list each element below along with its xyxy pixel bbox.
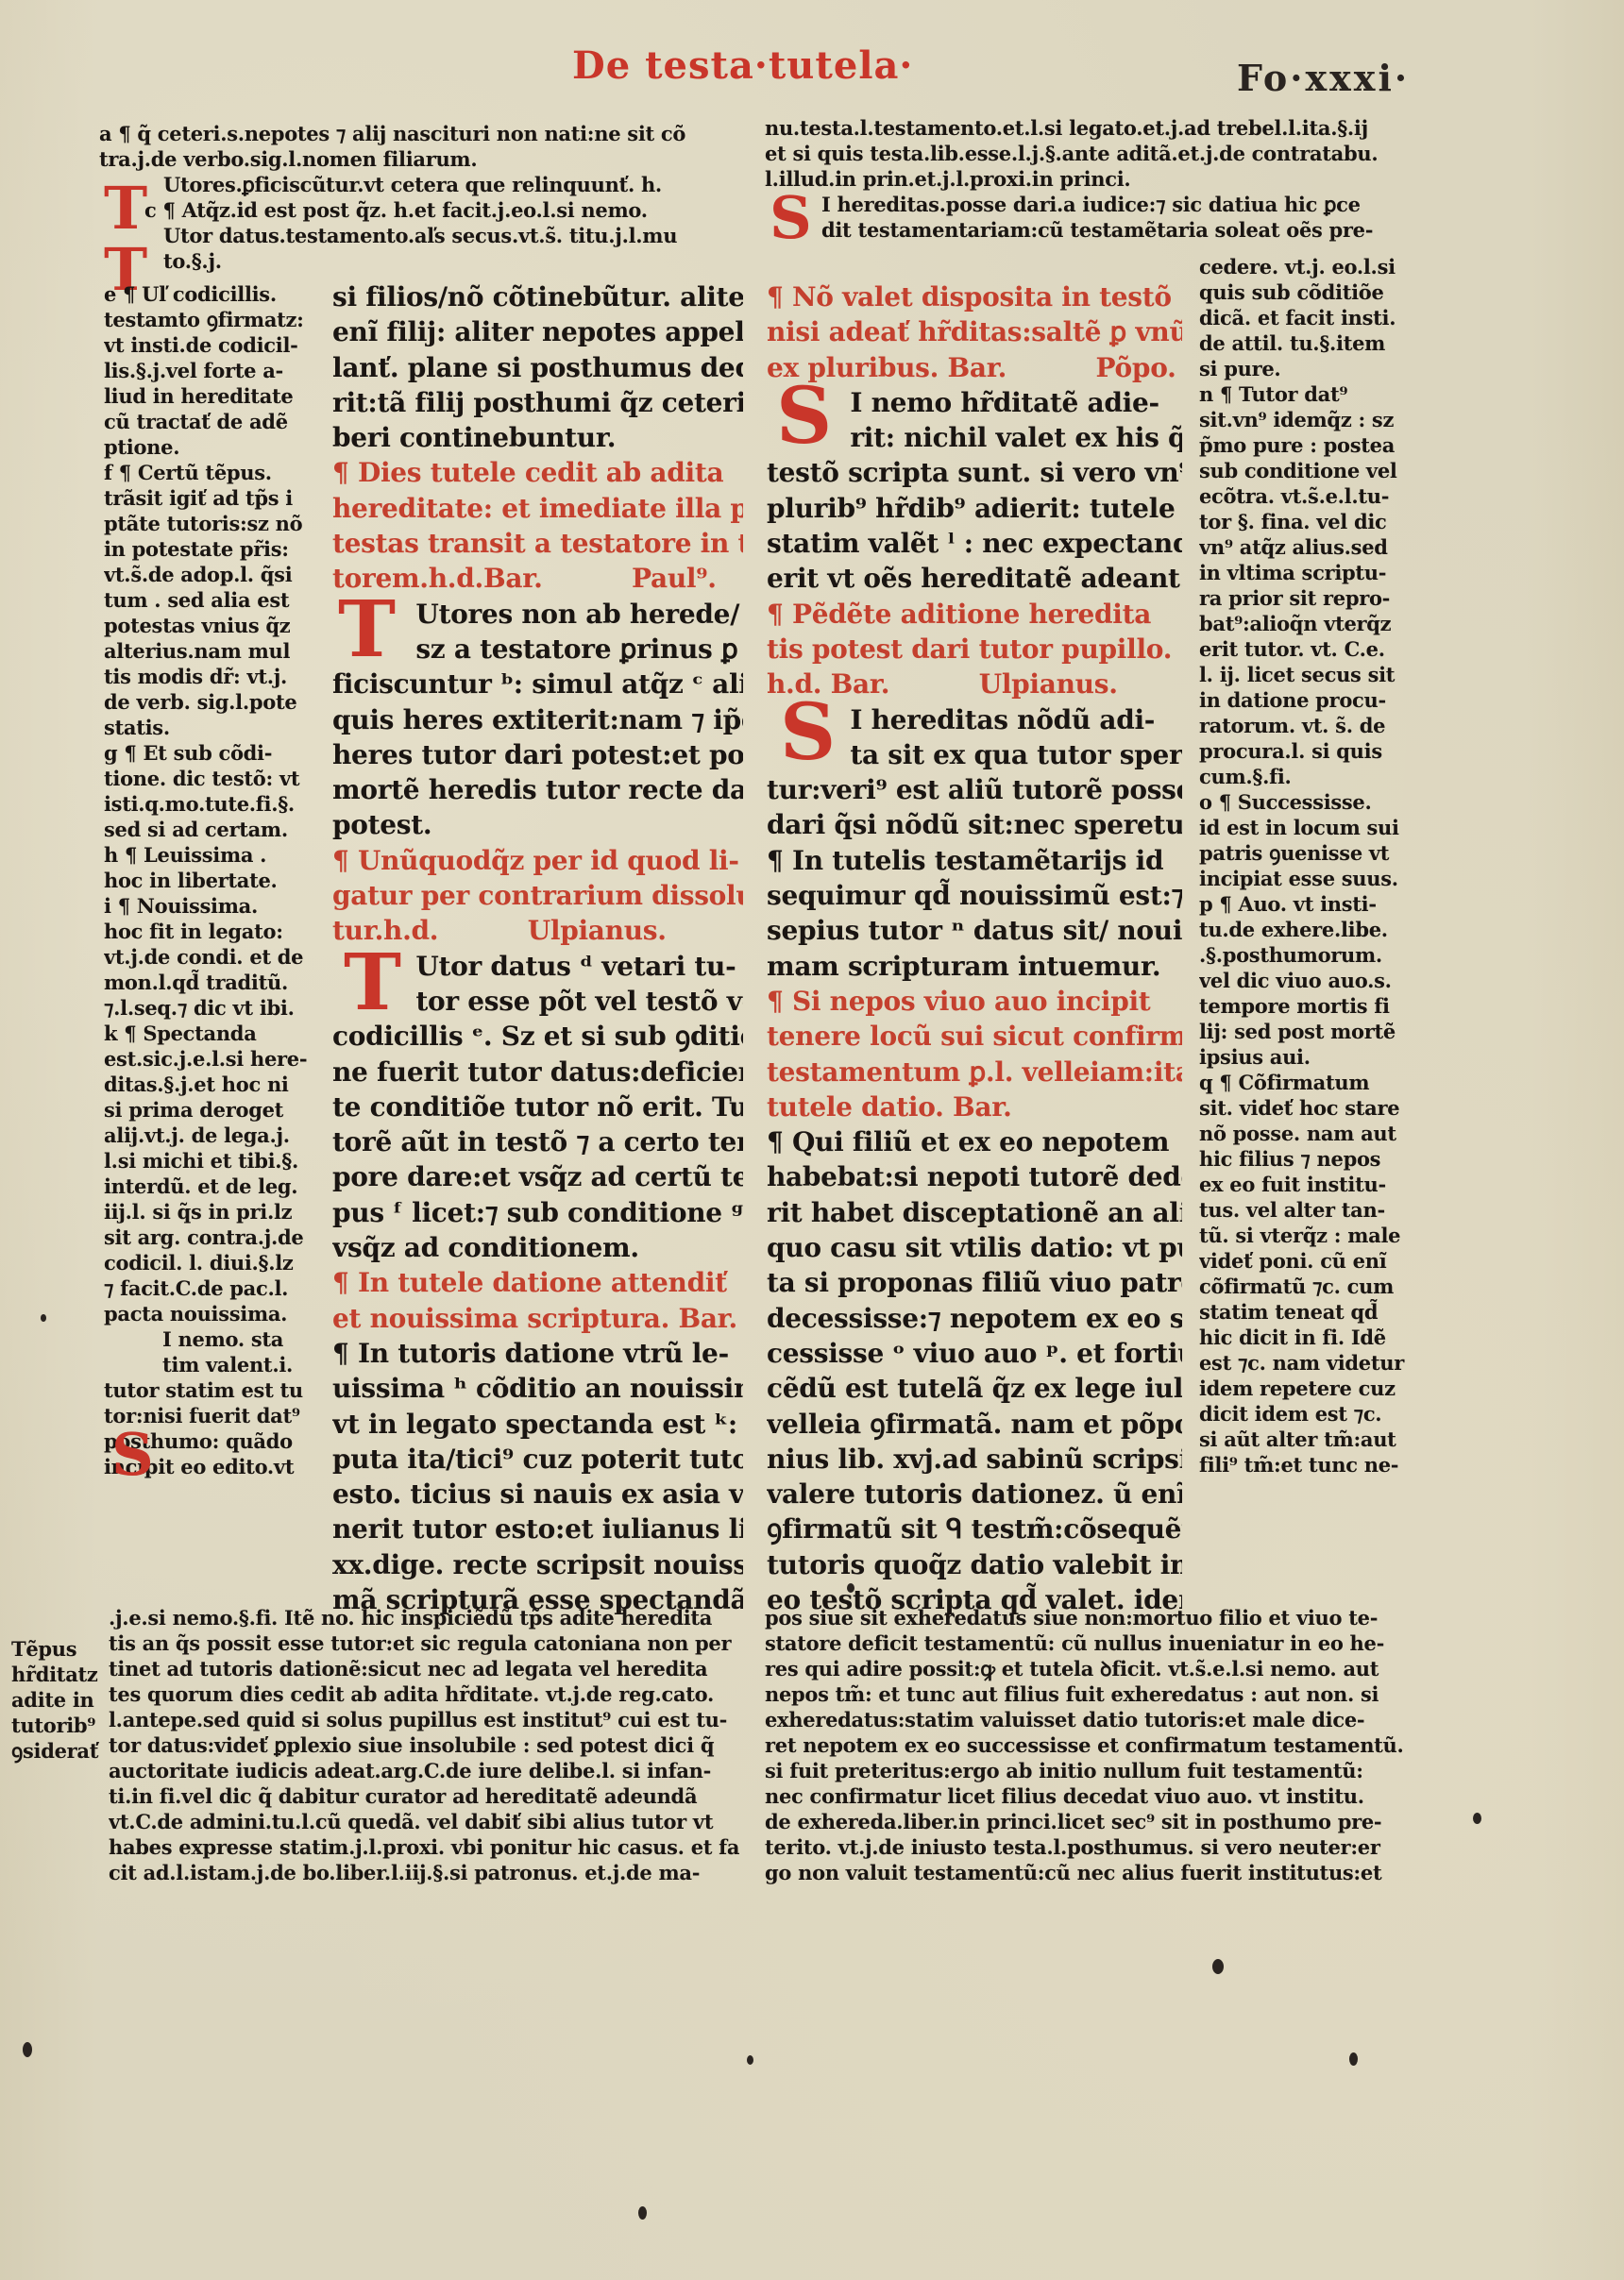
rubric-line: nisi adeať hr̃ditas:saltẽ ꝑ vnũ bbox=[767, 314, 1182, 349]
gloss-line: nõ posse. nam aut bbox=[1199, 1121, 1430, 1146]
gloss-line: ⁊.l.seq.⁊ dic vt ibi. bbox=[104, 995, 316, 1021]
decorated-initial-t: T bbox=[344, 944, 401, 1022]
gloss-line: hoc fit in legato: bbox=[104, 919, 316, 944]
rubric-line: testamentum ꝑ.l. velleiam:ita bbox=[767, 1055, 1182, 1089]
gloss-line: est ⁊c. nam videtur bbox=[1199, 1350, 1430, 1376]
gloss-line: patris ꝯuenisse vt bbox=[1199, 840, 1430, 866]
gloss-line: si aũt alter tm̃:aut bbox=[1199, 1427, 1430, 1452]
gloss-line: tutor statim est tu bbox=[104, 1377, 316, 1403]
text-line: puta ita/tici⁹ cuz poterit tutor bbox=[332, 1442, 743, 1477]
gloss-line: f ¶ Certũ tẽpus. bbox=[104, 460, 316, 485]
text-line: lanť. plane si posthumus dede bbox=[332, 350, 743, 385]
gloss-line: sit.vn⁹ idemq̃z : sz bbox=[1199, 407, 1430, 432]
gloss-line: vt insti.de codicil- bbox=[104, 332, 316, 358]
wormhole bbox=[747, 2055, 753, 2065]
gloss-line: ipsius aui. bbox=[1199, 1044, 1430, 1070]
text-line: mortẽ heredis tutor recte dari bbox=[332, 772, 743, 807]
gloss-line: I hereditas.posse dari.a iudice:⁊ sic da… bbox=[765, 192, 1407, 217]
gloss-line: sed si ad certam. bbox=[104, 817, 316, 842]
gloss-top-right: nu.testa.l.testamento.et.l.si legato.et.… bbox=[765, 115, 1407, 243]
text-line: te conditiõe tutor nõ erit. Tu bbox=[332, 1089, 743, 1124]
text-line: quo casu sit vtilis datio: vt pu- bbox=[767, 1230, 1182, 1265]
decorated-initial-s: S bbox=[776, 378, 832, 455]
text-line: esto. ticius si nauis ex asia ve- bbox=[332, 1477, 743, 1512]
text-line: ¶ In tutelis testamẽtarijs id bbox=[767, 843, 1182, 878]
gloss-line: Utor datus.testamento.aľs secus.vt.s̃. t… bbox=[99, 223, 746, 248]
gloss-line: isti.q.mo.tute.fi.§. bbox=[104, 791, 316, 817]
gloss-line: p̃mo pure : postea bbox=[1199, 432, 1430, 458]
rubric-line: ¶ Pẽdẽte aditione heredita bbox=[767, 597, 1182, 632]
text-line: xx.dige. recte scripsit nouissi- bbox=[332, 1547, 743, 1582]
gloss-line: e ¶ Uľ codicillis. bbox=[104, 281, 316, 307]
text-line: si filios/nõ cõtinebũtur. aliter bbox=[332, 279, 743, 314]
gloss-line: trãsit igiť ad tp̃s i bbox=[104, 485, 316, 511]
text-line: cẽdũ est tutelã q̃z ex lege iulia bbox=[767, 1371, 1182, 1406]
gloss-line: id est in locum sui bbox=[1199, 815, 1430, 840]
text-line: dari q̃si nõdũ sit:nec speretur bbox=[767, 807, 1182, 842]
folio-number: Fo·xxxi· bbox=[1237, 57, 1410, 99]
text-line: heres tutor dari potest:et post bbox=[332, 737, 743, 772]
gloss-line: sub conditione vel bbox=[1199, 458, 1430, 483]
text-line: vsq̃z ad conditionem. bbox=[332, 1230, 743, 1265]
manuscript-page: De testa·tutela· Fo·xxxi· a ¶ q̃ ceteri.… bbox=[0, 0, 1624, 2280]
marginal-line: hr̃ditatz bbox=[11, 1662, 106, 1687]
red-initial-s: S bbox=[770, 189, 812, 247]
text-line: ne fuerit tutor datus:deficien bbox=[332, 1055, 743, 1089]
gloss-line: si prima deroget bbox=[104, 1097, 316, 1123]
gloss-line: tes quorum dies cedit ab adita hr̃ditate… bbox=[109, 1681, 746, 1707]
gloss-line: tu.de exhere.libe. bbox=[1199, 917, 1430, 942]
wormhole bbox=[41, 1314, 46, 1322]
gloss-line: idem repetere cuz bbox=[1199, 1376, 1430, 1401]
gloss-line: ecõtra. vt.s̃.e.l.tu- bbox=[1199, 483, 1430, 509]
text-line: ¶ Qui filiũ et ex eo nepotem bbox=[767, 1124, 1182, 1159]
gloss-line: statim teneat qd̃ bbox=[1199, 1299, 1430, 1325]
decorated-initial-t: T bbox=[338, 591, 396, 668]
gloss-line: procura.l. si quis bbox=[1199, 738, 1430, 764]
text-line: valere tutoris dationez. ũ enĩ bbox=[767, 1477, 1182, 1512]
text-line: enĩ filij: aliter nepotes appel- bbox=[332, 314, 743, 349]
wormhole bbox=[1349, 2052, 1358, 2066]
gloss-line: cõfirmatũ ⁊c. cum bbox=[1199, 1274, 1430, 1299]
gloss-line: .j.e.si nemo.§.fi. Itẽ no. hic inspiciẽd… bbox=[109, 1605, 746, 1630]
gloss-line: l.si michi et tibi.§. bbox=[104, 1148, 316, 1174]
running-title: De testa·tutela· bbox=[572, 43, 913, 88]
gloss-line: tus. vel alter tan- bbox=[1199, 1197, 1430, 1223]
text-line: statim valẽt ˡ : nec expectandũ bbox=[767, 526, 1182, 561]
gloss-line: incipiat esse suus. bbox=[1199, 866, 1430, 891]
gloss-line: interdũ. et de leg. bbox=[104, 1174, 316, 1199]
gloss-line: statis. bbox=[104, 715, 316, 740]
gloss-line: codicil. l. diui.§.lz bbox=[104, 1250, 316, 1275]
gloss-line: statore deficit testamentũ: cũ nullus in… bbox=[765, 1630, 1407, 1656]
gloss-line: cum.§.fi. bbox=[1199, 764, 1430, 789]
gloss-line: ptãte tutoris:sz nõ bbox=[104, 511, 316, 536]
text-line: sepius tutor ⁿ datus sit/ nouissi bbox=[767, 913, 1182, 948]
gloss-line: auctoritate iudicis adeat.arg.C.de iure … bbox=[109, 1758, 746, 1783]
wormhole bbox=[638, 2206, 647, 2220]
gloss-line: .§.posthumorum. bbox=[1199, 942, 1430, 968]
decorated-initial-s: S bbox=[780, 694, 836, 771]
gloss-line: fili⁹ tm̃:et tunc ne- bbox=[1199, 1452, 1430, 1478]
gloss-line: l.illud.in prin.et.j.l.proxi.in princi. bbox=[765, 166, 1407, 192]
text-line: beri continebuntur. bbox=[332, 420, 743, 455]
gloss-line: Utores.ꝑficiscũtur.vt cetera que relinqu… bbox=[99, 172, 746, 197]
rubric-line: gatur per contrarium dissolui bbox=[332, 878, 743, 913]
marginal-line: ꝯsiderať bbox=[11, 1738, 106, 1764]
gloss-line: a ¶ q̃ ceteri.s.nepotes ⁊ alij nascituri… bbox=[99, 121, 746, 146]
gloss-right-column: cedere. vt.j. eo.l.si quis sub cõditiõe … bbox=[1199, 254, 1430, 1478]
gloss-line: de exhereda.liber.in princi.licet sec⁹ s… bbox=[765, 1809, 1407, 1834]
rubric-line: tutele datio. Bar. bbox=[767, 1089, 1182, 1124]
text-line: rit habet disceptationẽ an ali- bbox=[767, 1195, 1182, 1230]
rubric-line: testas transit a testatore in tu- bbox=[332, 526, 743, 561]
gloss-line: tim valent.i. bbox=[104, 1352, 316, 1377]
main-text-column-right: ¶ Nõ valet disposita in testõ nisi adeať… bbox=[767, 279, 1182, 1617]
gloss-line: ptione. bbox=[104, 434, 316, 460]
gloss-line: vt.j.de condi. et de bbox=[104, 944, 316, 970]
gloss-line: i ¶ Nouissima. bbox=[104, 893, 316, 919]
text-line: erit vt oẽs hereditatẽ adeant. bbox=[767, 561, 1182, 596]
text-line: potest. bbox=[332, 807, 743, 842]
gloss-line: tra.j.de verbo.sig.l.nomen filiarum. bbox=[99, 146, 746, 172]
text-line: pus ᶠ licet:⁊ sub conditione ᵍ/et bbox=[332, 1195, 743, 1230]
text-line: ta si proponas filiũ viuo patre bbox=[767, 1265, 1182, 1300]
gloss-line: res qui adire possit:ꝙ et tutela ꝺficit.… bbox=[765, 1656, 1407, 1681]
gloss-line: o ¶ Successisse. bbox=[1199, 789, 1430, 815]
text-line: quis heres extiterit:nam ⁊ ip̃e bbox=[332, 702, 743, 737]
gloss-line: erit tutor. vt. C.e. bbox=[1199, 636, 1430, 662]
gloss-line: hic dicit in fi. Idẽ bbox=[1199, 1325, 1430, 1350]
red-initial-s: S bbox=[111, 1426, 154, 1484]
gloss-line: in potestate pr̃is: bbox=[104, 536, 316, 562]
text-line: decessisse:⁊ nepotem ex eo suc bbox=[767, 1301, 1182, 1336]
rubric-line: ¶ In tutele datione attendiť bbox=[332, 1265, 743, 1300]
gloss-line: ret nepotem ex eo successisse et confirm… bbox=[765, 1732, 1407, 1758]
gloss-line: dit testamentariam:cũ testamẽtaria solea… bbox=[765, 217, 1407, 243]
gloss-line: vn⁹ atq̃z alius.sed bbox=[1199, 534, 1430, 560]
gloss-line: tis an q̃s possit esse tutor:et sic regu… bbox=[109, 1630, 746, 1656]
gloss-line: sit. videť hoc stare bbox=[1199, 1095, 1430, 1121]
gloss-line: go non valuit testamentũ:cũ nec alius fu… bbox=[765, 1860, 1407, 1885]
gloss-line: hic filius ⁊ nepos bbox=[1199, 1146, 1430, 1172]
gloss-line: dicit idem est ⁊c. bbox=[1199, 1401, 1430, 1427]
gloss-line: de verb. sig.l.pote bbox=[104, 689, 316, 715]
gloss-line: tione. dic testõ: vt bbox=[104, 766, 316, 791]
gloss-line: tũ. si vterq̃z : male bbox=[1199, 1223, 1430, 1248]
gloss-line: h ¶ Leuissima . bbox=[104, 842, 316, 868]
gloss-line: et si quis testa.lib.esse.l.j.§.ante adi… bbox=[765, 141, 1407, 166]
gloss-line: in vltima scriptu- bbox=[1199, 560, 1430, 585]
gloss-line: to.§.j. bbox=[99, 248, 746, 274]
text-line: ¶ In tutoris datione vtrũ le- bbox=[332, 1336, 743, 1371]
rubric-line: ¶ Nõ valet disposita in testõ bbox=[767, 279, 1182, 314]
gloss-line: I nemo. sta bbox=[104, 1326, 316, 1352]
gloss-line: tor §. fina. vel dic bbox=[1199, 509, 1430, 534]
text-line: uissima ʰ cõditio an nouissima ⁱ bbox=[332, 1371, 743, 1406]
rubric-line: et nouissima scriptura. Bar. bbox=[332, 1301, 743, 1336]
wormhole bbox=[1473, 1813, 1481, 1824]
gloss-line: liud in hereditate bbox=[104, 383, 316, 409]
gloss-line: pacta nouissima. bbox=[104, 1301, 316, 1326]
gloss-line: quis sub cõditiõe bbox=[1199, 279, 1430, 305]
gloss-line: si fuit preteritus:ergo ab initio nullum… bbox=[765, 1758, 1407, 1783]
gloss-line: ratorum. vt. s̃. de bbox=[1199, 713, 1430, 738]
text-line: velleia ꝯfirmatã. nam et põpo bbox=[767, 1407, 1182, 1442]
text-line: nius lib. xvj.ad sabinũ scripsit bbox=[767, 1442, 1182, 1477]
gloss-line: tor datus:videť ꝑplexio siue insolubile … bbox=[109, 1732, 746, 1758]
gloss-line: ex eo fuit institu- bbox=[1199, 1172, 1430, 1197]
gloss-line: l.antepe.sed quid si solus pupillus est … bbox=[109, 1707, 746, 1732]
text-line: cessisse ᵒ viuo auo ᵖ. et fortius di bbox=[767, 1336, 1182, 1371]
rubric-line: ¶ Unũquodq̃z per id quod li- bbox=[332, 843, 743, 878]
gloss-line: lis.§.j.vel forte a- bbox=[104, 358, 316, 383]
gloss-line: in datione procu- bbox=[1199, 687, 1430, 713]
gloss-line: dicã. et facit insti. bbox=[1199, 305, 1430, 330]
red-initial-t: T bbox=[104, 179, 147, 238]
text-line: nerit tutor esto:et iulianus lib. bbox=[332, 1512, 743, 1546]
gloss-line: ra prior sit repro- bbox=[1199, 585, 1430, 611]
wormhole bbox=[847, 1583, 854, 1593]
text-line: tutoris quoq̃z datio valebit in bbox=[767, 1547, 1182, 1582]
gloss-line: sit arg. contra.j.de bbox=[104, 1224, 316, 1250]
gloss-line: tinet ad tutoris dationẽ:sicut nec ad le… bbox=[109, 1656, 746, 1681]
gloss-line: cit ad.l.istam.j.de bo.liber.l.iij.§.si … bbox=[109, 1860, 746, 1885]
gloss-line: mon.l.qd̃ traditũ. bbox=[104, 970, 316, 995]
wormhole bbox=[1212, 1959, 1224, 1974]
marginal-line: Tẽpus bbox=[11, 1636, 106, 1662]
gloss-line: vel dic viuo auo.s. bbox=[1199, 968, 1430, 993]
marginal-line: tutorib⁹ bbox=[11, 1713, 106, 1738]
gloss-line: k ¶ Spectanda bbox=[104, 1021, 316, 1046]
wormhole bbox=[23, 2042, 32, 2057]
gloss-line: p ¶ Auo. vt insti- bbox=[1199, 891, 1430, 917]
gloss-line: pos siue sit exheredatus siue non:mortuo… bbox=[765, 1605, 1407, 1630]
gloss-line: exheredatus:statim valuisset datio tutor… bbox=[765, 1707, 1407, 1732]
rubric-line: hereditate: et imediate illa po bbox=[332, 491, 743, 526]
text-line: sequimur qd̃ nouissimũ est:⁊ si bbox=[767, 878, 1182, 913]
gloss-line: n ¶ Tutor dat⁹ bbox=[1199, 381, 1430, 407]
gloss-bottom-left: .j.e.si nemo.§.fi. Itẽ no. hic inspiciẽd… bbox=[109, 1605, 746, 1885]
gloss-line: de attil. tu.§.item bbox=[1199, 330, 1430, 356]
text-line: rit:tã filij posthumi q̃z ceteri⁹li bbox=[332, 385, 743, 420]
gloss-line: cũ tractať de adẽ bbox=[104, 409, 316, 434]
rubric-line: ¶ Si nepos viuo auo incipit bbox=[767, 984, 1182, 1019]
gloss-line: vt.C.de admini.tu.l.cũ quedã. vel dabiť … bbox=[109, 1809, 746, 1834]
rubric-line: tis potest dari tutor pupillo. bbox=[767, 632, 1182, 667]
gloss-line: videť poni. cũ enĩ bbox=[1199, 1248, 1430, 1274]
gloss-line: ⁊ facit.C.de pac.l. bbox=[104, 1275, 316, 1301]
gloss-line: g ¶ Et sub cõdi- bbox=[104, 740, 316, 766]
text-line: pore dare:et vsq̃z ad certũ tem bbox=[332, 1159, 743, 1194]
gloss-line: alterius.nam mul bbox=[104, 638, 316, 664]
text-line: plurib⁹ hr̃dib⁹ adierit: tutele bbox=[767, 491, 1182, 526]
text-line: habebat:si nepoti tutorẽ dede bbox=[767, 1159, 1182, 1194]
text-line: ꝯfirmatũ sit ᑫ testm̃:cõsequẽter bbox=[767, 1512, 1182, 1546]
text-line: vt in legato spectanda est ᵏ: vt bbox=[332, 1407, 743, 1442]
gloss-line: hoc in libertate. bbox=[104, 868, 316, 893]
gloss-line: l. ij. licet secus sit bbox=[1199, 662, 1430, 687]
gloss-line: nec confirmatur licet filius decedat viu… bbox=[765, 1783, 1407, 1809]
text-line: mam scripturam intuemur. bbox=[767, 949, 1182, 984]
gloss-line: alij.vt.j. de lega.j. bbox=[104, 1123, 316, 1148]
gloss-line: c ¶ Atq̃z.id est post q̃z. h.et facit.j.… bbox=[99, 197, 746, 223]
gloss-line: ti.in fi.vel dic q̃ dabitur curator ad h… bbox=[109, 1783, 746, 1809]
gloss-line: terito. vt.j.de iniusto testa.l.posthumu… bbox=[765, 1834, 1407, 1860]
gloss-line: testamto ꝯfirmatz: bbox=[104, 307, 316, 332]
gloss-line: si pure. bbox=[1199, 356, 1430, 381]
gloss-line: q ¶ Cõfirmatum bbox=[1199, 1070, 1430, 1095]
text-line: torẽ aũt in testõ ⁊ a certo tem bbox=[332, 1124, 743, 1159]
rubric-line: tenere locũ sui sicut confirmať bbox=[767, 1019, 1182, 1054]
gloss-line: habes expresse statim.j.l.proxi. vbi pon… bbox=[109, 1834, 746, 1860]
rubric-line: ¶ Dies tutele cedit ab adita bbox=[332, 455, 743, 490]
marginal-line: adite in bbox=[11, 1687, 106, 1713]
gloss-line: lij: sed post mortẽ bbox=[1199, 1019, 1430, 1044]
gloss-line: tempore mortis fi bbox=[1199, 993, 1430, 1019]
gloss-line: tum . sed alia est bbox=[104, 587, 316, 613]
gloss-line: iij.l. si q̃s in pri.lz bbox=[104, 1199, 316, 1224]
gloss-line: potestas vnius q̃z bbox=[104, 613, 316, 638]
gloss-left-column: e ¶ Uľ codicillis. testamto ꝯfirmatz: vt… bbox=[104, 281, 316, 1479]
gloss-line: tis modis dr̃: vt.j. bbox=[104, 664, 316, 689]
gloss-line: cedere. vt.j. eo.l.si bbox=[1199, 254, 1430, 279]
gloss-line: ditas.§.j.et hoc ni bbox=[104, 1072, 316, 1097]
gloss-top-left: a ¶ q̃ ceteri.s.nepotes ⁊ alij nascituri… bbox=[99, 121, 746, 274]
gloss-line: nepos tm̃: et tunc aut filius fuit exher… bbox=[765, 1681, 1407, 1707]
gloss-bottom-right: pos siue sit exheredatus siue non:mortuo… bbox=[765, 1605, 1407, 1885]
gloss-line: vt.s̃.de adop.l. q̃si bbox=[104, 562, 316, 587]
marginal-note: Tẽpus hr̃ditatz adite in tutorib⁹ ꝯsider… bbox=[11, 1636, 106, 1764]
gloss-line: bat⁹:alioq̃n vterq̃z bbox=[1199, 611, 1430, 636]
gloss-line: nu.testa.l.testamento.et.l.si legato.et.… bbox=[765, 115, 1407, 141]
gloss-line: est.sic.j.e.l.si here- bbox=[104, 1046, 316, 1072]
